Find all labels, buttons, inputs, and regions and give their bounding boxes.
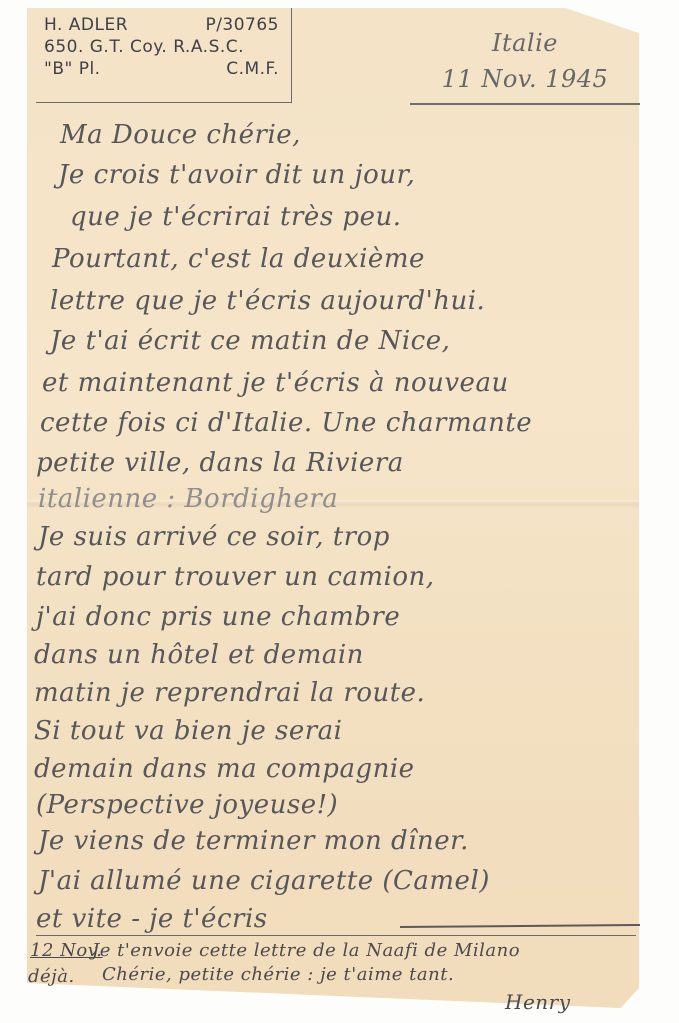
body-line: Je t'ai écrit ce matin de Nice, [50,326,450,356]
body-line: Pourtant, c'est la deuxième [52,244,425,274]
postscript-line: Je t'envoie cette lettre de la Naafi de … [92,940,520,961]
body-line: cette fois ci d'Italie. Une charmante [40,408,532,438]
body-line-closing: et vite - je t'écris [36,904,268,934]
body-line: et maintenant je t'écris à nouveau [42,368,509,398]
sender-line-1: H. ADLER P/30765 [36,14,291,36]
unit-name: 650. G.T. Coy. R.A.S.C. [44,36,244,58]
body-line: petite ville, dans la Riviera [36,448,404,478]
service-number: P/30765 [205,14,279,36]
salutation: Ma Douce chérie, [60,120,301,150]
postscript-line: Chérie, petite chérie : je t'aime tant. [102,964,454,985]
body-line: lettre que je t'écris aujourd'hui. [50,286,485,316]
sender-line-2: 650. G.T. Coy. R.A.S.C. [36,36,291,58]
body-line: dans un hôtel et demain [34,640,364,670]
platoon: "B" Pl. [44,58,101,80]
body-line: demain dans ma compagnie [34,754,415,784]
body-line: J'ai allumé une cigarette (Camel) [38,866,490,896]
postscript-date-sub: déjà. [28,966,75,987]
body-line: que je t'écrirai très peu. [70,202,401,232]
body-line: Je suis arrivé ce soir, trop [38,522,390,552]
postscript-divider [36,935,636,936]
body-line: Si tout va bien je serai [34,716,342,746]
sender-address-box: H. ADLER P/30765 650. G.T. Coy. R.A.S.C.… [36,8,292,103]
body-line: (Perspective joyeuse!) [36,790,338,820]
date: 11 Nov. 1945 [410,61,640,97]
force-code: C.M.F. [226,58,279,80]
body-line: tard pour trouver un camion, [36,562,435,592]
body-line: italienne : Bordighera [38,484,338,514]
body-line: Je crois t'avoir dit un jour, [58,160,415,190]
place: Italie [410,25,640,61]
date-underline [410,103,640,105]
body-line: matin je reprendrai la route. [34,678,425,708]
place-and-date: Italie 11 Nov. 1945 [410,25,640,105]
signature: Henry [505,990,571,1014]
body-line: j'ai donc pris une chambre [36,602,400,632]
sender-name: H. ADLER [44,14,128,36]
sender-line-3: "B" Pl. C.M.F. [36,58,291,80]
body-line: Je viens de terminer mon dîner. [38,826,469,856]
